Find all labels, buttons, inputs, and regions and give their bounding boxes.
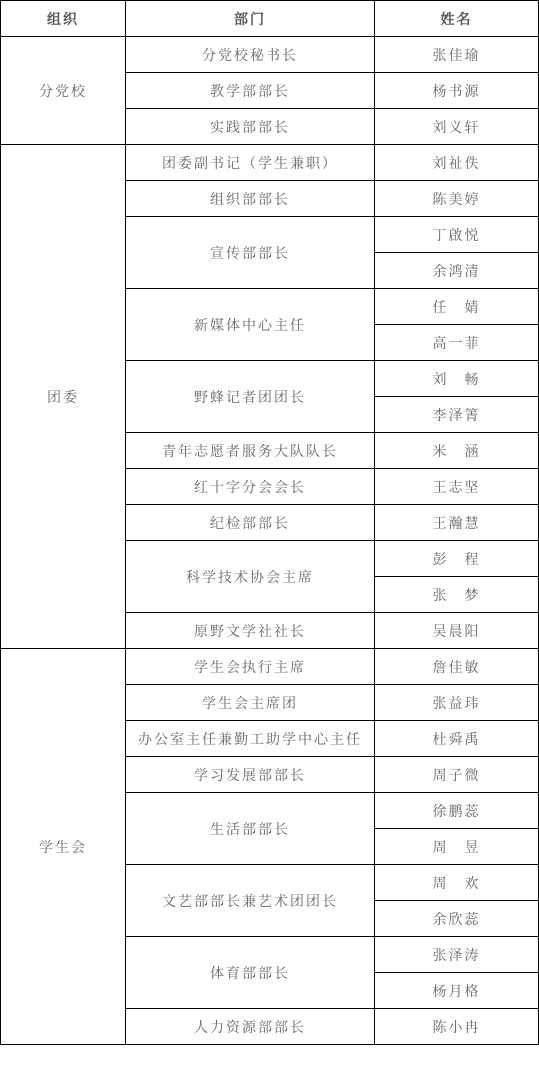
name-cell: 王志坚 [375, 469, 539, 505]
dept-cell: 分党校秘书长 [126, 37, 375, 73]
name-cell: 吴晨阳 [375, 613, 539, 649]
org-cell: 分党校 [1, 37, 126, 145]
dept-cell: 宣传部部长 [126, 217, 375, 289]
dept-cell: 团委副书记（学生兼职） [126, 145, 375, 181]
header-dept: 部门 [126, 1, 375, 37]
dept-cell: 体育部部长 [126, 937, 375, 1009]
header-name: 姓名 [375, 1, 539, 37]
dept-cell: 学习发展部部长 [126, 757, 375, 793]
name-cell: 张佳瑜 [375, 37, 539, 73]
name-cell: 周子微 [375, 757, 539, 793]
name-cell: 刘义轩 [375, 109, 539, 145]
name-cell: 杨月格 [375, 973, 539, 1009]
name-cell: 陈美婷 [375, 181, 539, 217]
name-cell: 张益玮 [375, 685, 539, 721]
table-row: 学生会学生会执行主席詹佳敏 [1, 649, 539, 685]
table-row: 分党校分党校秘书长张佳瑜 [1, 37, 539, 73]
name-cell: 杜舜禹 [375, 721, 539, 757]
dept-cell: 实践部部长 [126, 109, 375, 145]
dept-cell: 科学技术协会主席 [126, 541, 375, 613]
roster-table: 组织 部门 姓名 分党校分党校秘书长张佳瑜教学部部长杨书源实践部部长刘义轩团委团… [0, 0, 539, 1045]
name-cell: 陈小冉 [375, 1009, 539, 1045]
dept-cell: 红十字分会会长 [126, 469, 375, 505]
table-row: 团委团委副书记（学生兼职）刘祉佚 [1, 145, 539, 181]
org-cell: 团委 [1, 145, 126, 649]
name-cell: 刘 畅 [375, 361, 539, 397]
name-cell: 张泽涛 [375, 937, 539, 973]
name-cell: 余鸿清 [375, 253, 539, 289]
dept-cell: 新媒体中心主任 [126, 289, 375, 361]
dept-cell: 办公室主任兼勤工助学中心主任 [126, 721, 375, 757]
name-cell: 李泽箐 [375, 397, 539, 433]
name-cell: 王瀚慧 [375, 505, 539, 541]
dept-cell: 教学部部长 [126, 73, 375, 109]
dept-cell: 纪检部部长 [126, 505, 375, 541]
dept-cell: 原野文学社社长 [126, 613, 375, 649]
header-row: 组织 部门 姓名 [1, 1, 539, 37]
name-cell: 余欣蕊 [375, 901, 539, 937]
name-cell: 刘祉佚 [375, 145, 539, 181]
name-cell: 米 涵 [375, 433, 539, 469]
dept-cell: 文艺部部长兼艺术团团长 [126, 865, 375, 937]
name-cell: 杨书源 [375, 73, 539, 109]
name-cell: 高一菲 [375, 325, 539, 361]
dept-cell: 人力资源部部长 [126, 1009, 375, 1045]
name-cell: 张 梦 [375, 577, 539, 613]
name-cell: 徐鹏蕊 [375, 793, 539, 829]
name-cell: 周 昱 [375, 829, 539, 865]
name-cell: 周 欢 [375, 865, 539, 901]
dept-cell: 组织部部长 [126, 181, 375, 217]
dept-cell: 学生会主席团 [126, 685, 375, 721]
dept-cell: 野蜂记者团团长 [126, 361, 375, 433]
dept-cell: 青年志愿者服务大队队长 [126, 433, 375, 469]
name-cell: 丁啟悦 [375, 217, 539, 253]
name-cell: 彭 程 [375, 541, 539, 577]
name-cell: 詹佳敏 [375, 649, 539, 685]
dept-cell: 学生会执行主席 [126, 649, 375, 685]
header-org: 组织 [1, 1, 126, 37]
roster-body: 分党校分党校秘书长张佳瑜教学部部长杨书源实践部部长刘义轩团委团委副书记（学生兼职… [1, 37, 539, 1045]
org-cell: 学生会 [1, 649, 126, 1045]
dept-cell: 生活部部长 [126, 793, 375, 865]
name-cell: 任 婧 [375, 289, 539, 325]
